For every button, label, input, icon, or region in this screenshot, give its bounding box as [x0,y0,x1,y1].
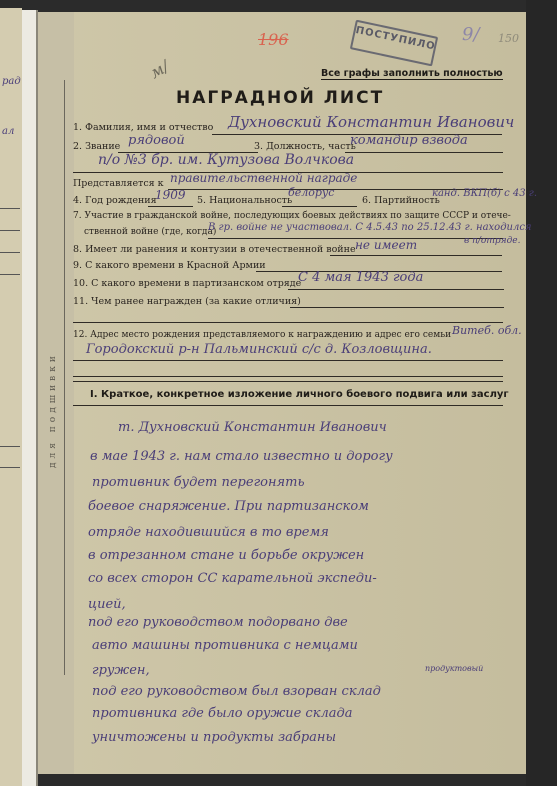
previous-page-edge: рад ал [0,8,22,786]
field-label-red-army: 9. С какого времени в Красной Армии [73,260,266,271]
narrative-line: противник будет перегонять [92,475,305,490]
margin-rule [0,467,20,468]
field-label-awards: 11. Чем ранее награжден (за какие отличи… [73,296,301,307]
narrative-line: боевое снаряжение. При партизанском [88,499,369,514]
field-line [282,206,357,207]
narrative-line: противника где было оружие склада [92,706,353,721]
background-bottom [38,774,526,786]
field-value-birth-year: 1909 [155,188,186,202]
margin-rule [0,252,20,253]
field-label-wounds: 8. Имеет ли ранения и контузии в отечест… [73,244,356,255]
field-label-name: 1. Фамилия, имя и отчество [73,122,213,133]
binding-line [64,80,65,675]
field-value-position: командир взвода [350,133,468,148]
page-number: 150 [498,32,519,45]
margin-rule [0,208,20,209]
field-value-wars: В гр. войне не участвовал. С 4.5.43 по 2… [208,222,532,233]
narrative-line: под его руководством подорвано две [88,615,348,630]
field-label-rank: 2. Звание [73,141,120,152]
field-line [330,255,502,256]
narrative-line: цией, [88,597,126,612]
narrative-line: уничтожены и продукты забраны [92,730,336,745]
margin-rule [0,274,20,275]
field-line [345,152,503,153]
field-line [288,289,504,290]
field-value-nationality: белорус [288,186,334,199]
field-label-wars: 7. Участие в гражданской войне, последую… [73,211,511,221]
field-value-presented: правительственной награде [170,171,357,185]
archive-number-crossed: 196 [258,30,289,49]
field-line [73,360,503,361]
field-value-address-cont: Городокский р-н Пальминский с/с д. Козло… [86,342,432,357]
field-value-wounds: не имеет [355,238,417,252]
field-label-wars-cont: ственной войне (где, когда) [84,227,216,237]
field-label-presented: Представляется к [73,178,164,189]
margin-rule [0,446,20,447]
field-value-unit: п/о №3 бр. им. Кутузова Волчкова [98,152,354,168]
field-label-birth-year: 4. Год рождения [73,195,157,206]
binding-label: для подшивки [48,330,64,490]
narrative-line: в отрезанном стане и борьбе окружен [88,548,364,563]
instruction-text: Все графы заполнить полностью [321,68,503,80]
narrative-line: т. Духновский Константин Иванович [118,420,387,435]
field-label-position: 3. Должность, часть [254,141,356,152]
field-value-wars-cont: в п/отряде. [464,236,521,246]
margin-scrawl: ал [2,126,14,137]
field-label-partisan: 10. С какого времени в партизанском отря… [73,278,301,289]
field-label-address: 12. Адрес место рождения представляемого… [73,330,451,340]
field-value-partisan: С 4 мая 1943 года [298,270,423,285]
field-line [73,381,503,382]
narrative-line: под его руководством был взорван склад [92,684,381,699]
narrative-line: со всех сторон СС карательной экспеди- [88,571,377,586]
section-rule [73,405,503,406]
field-line [290,307,504,308]
narrative-insert: продуктовый [425,664,483,673]
field-value-rank: рядовой [128,133,185,148]
narrative-line: в мае 1943 г. нам стало известно и дорог… [90,449,393,464]
field-line [148,206,193,207]
margin-scrawl: рад [2,76,21,87]
background-right [526,0,557,786]
narrative-line: отряде находившийся в то время [88,525,329,540]
field-value-address: Витеб. обл. [452,324,522,337]
field-line [73,322,503,323]
margin-rule [0,230,20,231]
narrative-line: авто машины противника с немцами [92,638,358,653]
page-gutter [22,10,36,786]
field-label-nationality: 5. Национальность [197,195,292,206]
blue-mark: 9/ [462,24,480,45]
field-label-party: 6. Партийность [362,195,440,206]
page-title: НАГРАДНОЙ ЛИСТ [176,88,384,108]
field-value-name: Духновский Константин Иванович [228,113,514,131]
narrative-line: гружен, [92,663,150,678]
section-heading: I. Краткое, конкретное изложение личного… [90,389,509,400]
field-value-party: канд. ВКП(б) с 43 г. [432,188,537,199]
field-line [73,376,503,377]
